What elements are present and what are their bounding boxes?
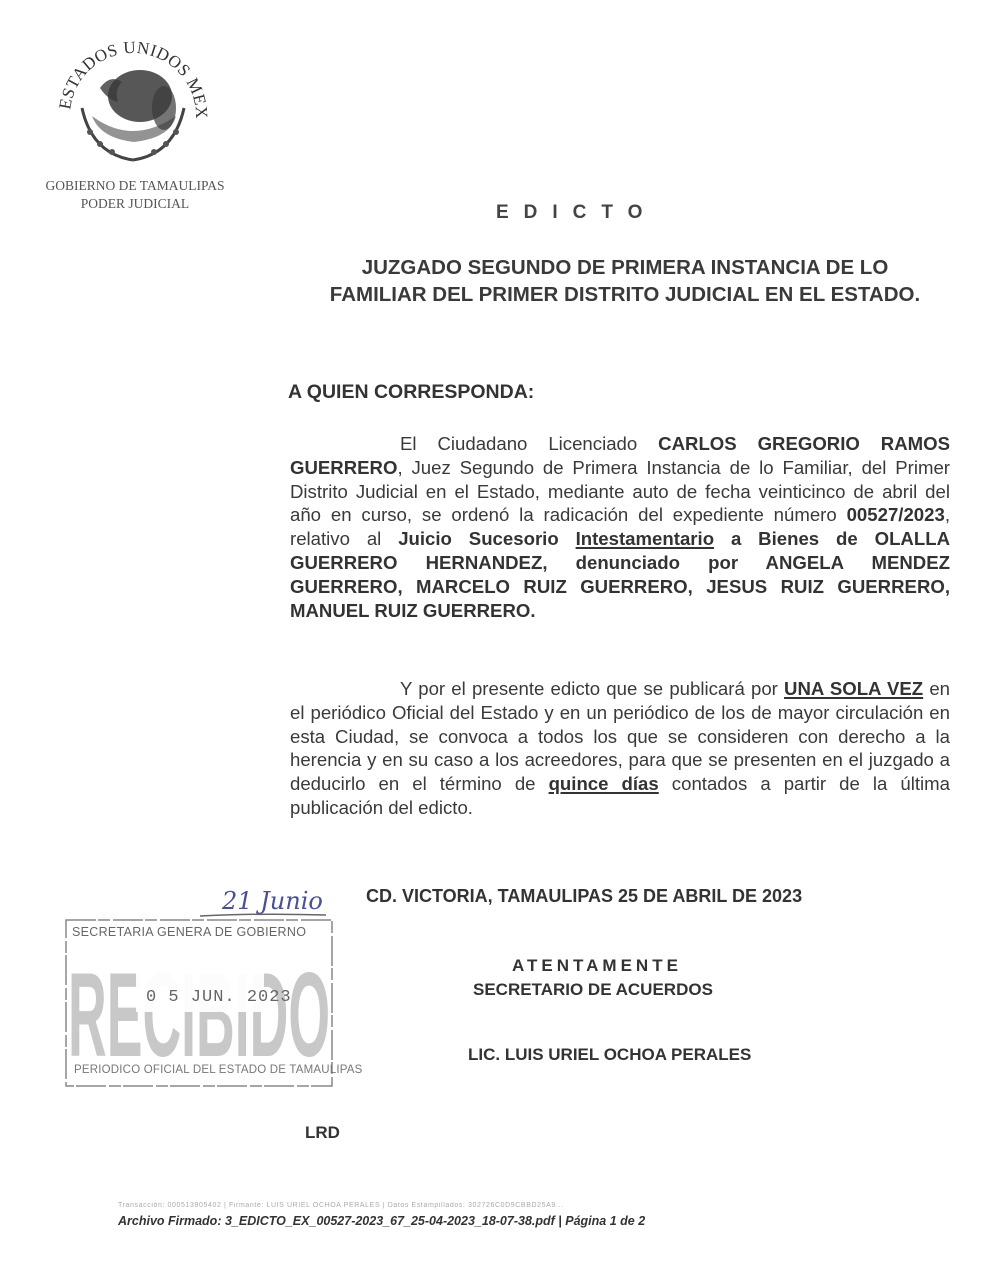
document-title: EDICTO: [496, 202, 657, 224]
place-and-date: CD. VICTORIA, TAMAULIPAS 25 DE ABRIL DE …: [366, 886, 802, 907]
signed-file-footer: Archivo Firmado: 3_EDICTO_EX_00527-2023_…: [118, 1214, 645, 1228]
typist-initials: LRD: [305, 1123, 340, 1143]
paragraph-notice: El Ciudadano Licenciado CARLOS GREGORIO …: [290, 432, 950, 622]
court-heading-line1: JUZGADO SEGUNDO DE PRIMERA INSTANCIA DE …: [290, 254, 960, 281]
court-heading-line2: FAMILIAR DEL PRIMER DISTRITO JUDICIAL EN…: [290, 281, 960, 308]
court-heading: JUZGADO SEGUNDO DE PRIMERA INSTANCIA DE …: [290, 254, 960, 308]
handwritten-note: 21 Junio: [222, 887, 323, 915]
text: El Ciudadano Licenciado: [400, 433, 658, 454]
coat-of-arms-seal-icon: ESTADOS UNIDOS MEXICANOS: [52, 28, 214, 178]
government-name: GOBIERNO DE TAMAULIPAS: [22, 177, 248, 195]
signature-microtext: Transacción: 000513905402 | Firmante: LU…: [118, 1202, 878, 1209]
judicial-branch: PODER JUDICIAL: [22, 195, 248, 213]
stamp-top-text: SECRETARIA GENERA DE GOBIERNO: [72, 925, 306, 939]
closing: ATENTAMENTE: [512, 956, 682, 976]
salutation: A QUIEN CORRESPONDA:: [288, 381, 534, 404]
trial-type-a: Juicio Sucesorio: [398, 528, 559, 549]
stamp-date: 0 5 JUN. 2023: [146, 988, 292, 1007]
case-number: 00527/2023: [847, 504, 945, 525]
stamp-bottom-text: PERIODICO OFICIAL DEL ESTADO DE TAMAULIP…: [74, 1064, 363, 1076]
paragraph-publication: Y por el presente edicto que se publicar…: [290, 677, 950, 820]
trial-type-b: Intestamentario: [576, 528, 714, 549]
term-emphasis: quince días: [549, 773, 659, 794]
handwritten-underline: [198, 912, 328, 918]
issuer-block: GOBIERNO DE TAMAULIPAS PODER JUDICIAL: [22, 177, 248, 213]
signer-title: SECRETARIO DE ACUERDOS: [473, 980, 713, 1000]
signer-name: LIC. LUIS URIEL OCHOA PERALES: [468, 1045, 751, 1065]
text: Y por el presente edicto que se publicar…: [400, 678, 784, 699]
frequency-emphasis: UNA SOLA VEZ: [784, 678, 923, 699]
